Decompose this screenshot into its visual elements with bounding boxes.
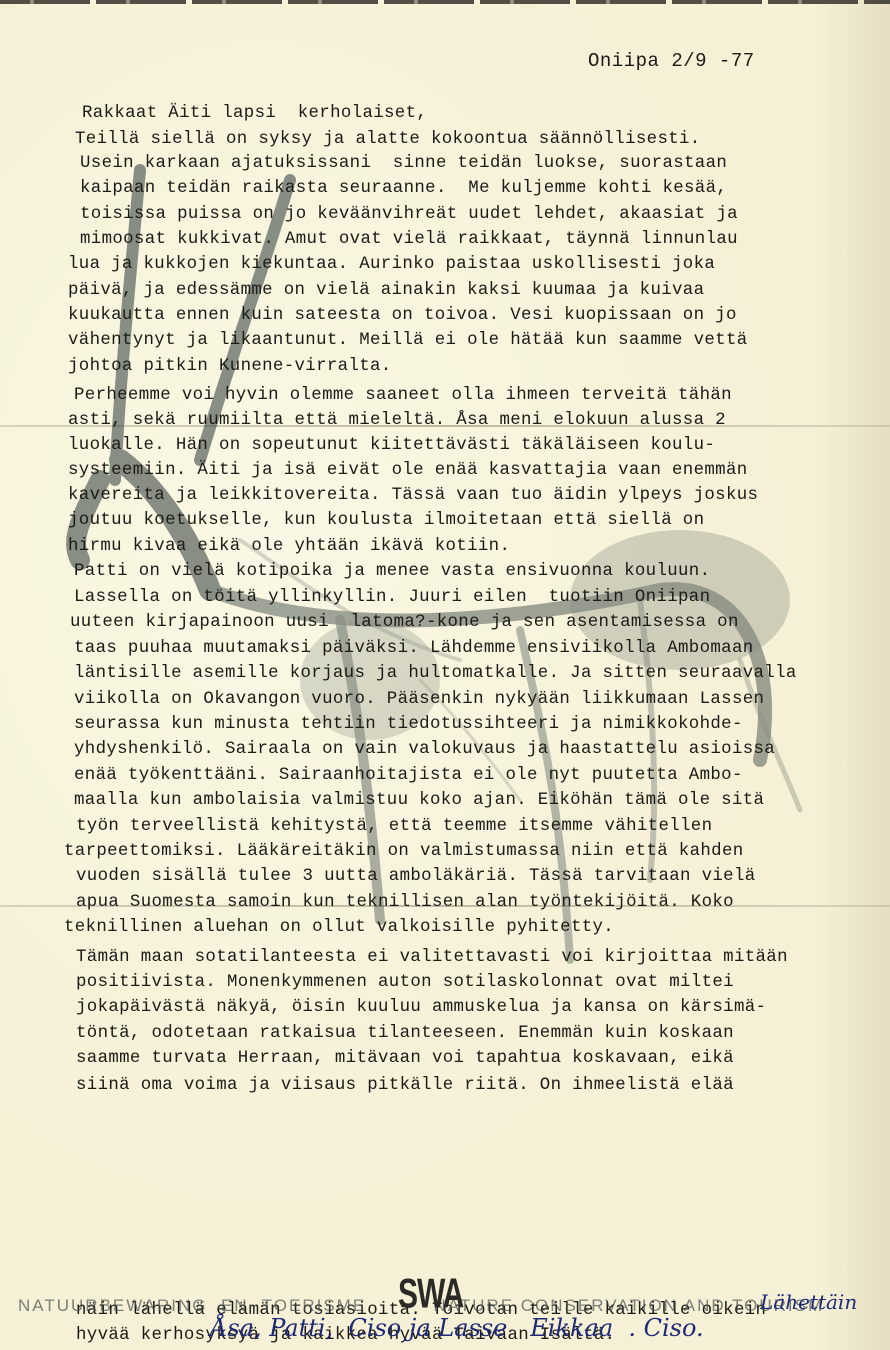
letter-line: jokapäivästä näkyä, öisin kuuluu ammuske…: [76, 998, 766, 1018]
letter-line: Patti on vielä kotipoika ja menee vasta …: [74, 562, 710, 582]
letter-line: enää työkenttääni. Sairaanhoitajista ei …: [74, 766, 743, 786]
letter-line: uuteen kirjapainoon uusi latoma?-kone ja…: [70, 613, 739, 633]
letter-line: kavereita ja leikkitovereita. Tässä vaan…: [68, 486, 758, 506]
letter-line: maalla kun ambolaisia valmistuu koko aja…: [74, 791, 764, 811]
torn-top-edge: [0, 0, 890, 4]
letter-line: Usein karkaan ajatuksissani sinne teidän…: [80, 154, 727, 174]
letter-line: systeemiin. Äiti ja isä eivät ole enää k…: [68, 461, 748, 481]
letter-line: Perheemme voi hyvin olemme saaneet olla …: [74, 386, 732, 406]
letter-line: tarpeettomiksi. Lääkäreitäkin on valmist…: [64, 842, 744, 862]
letter-line: seurassa kun minusta tehtiin tiedotussih…: [74, 715, 743, 735]
letter-line: Tämän maan sotatilanteesta ei valitettav…: [76, 948, 788, 968]
swa-stamp: SWA: [398, 1271, 463, 1319]
letter-line: saamme turvata Herraan, mitävaan voi tap…: [76, 1049, 734, 1069]
letter-line: läntisille asemille korjaus ja hultomatk…: [74, 664, 797, 684]
letter-line: apua Suomesta samoin kun teknillisen ala…: [76, 893, 734, 913]
letter-line: viikolla on Okavangon vuoro. Pääsenkin n…: [74, 690, 764, 710]
letter-line: kaipaan teidän raikasta seuraanne. Me ku…: [80, 179, 727, 199]
letter-line: päivä, ja edessämme on vielä ainakin kak…: [68, 281, 704, 301]
letter-line: johtoa pitkin Kunene-virralta.: [68, 357, 392, 377]
letter-line: teknillinen aluehan on ollut valkoisille…: [64, 918, 614, 938]
letter-line: vuoden sisällä tulee 3 uutta amboläkäriä…: [76, 867, 756, 887]
letter-line: töntä, odotetaan ratkaisua tilanteeseen.…: [76, 1024, 734, 1044]
letter-line: työn terveellistä kehitystä, että teemme…: [76, 817, 712, 837]
letter-date: Oniipa 2/9 -77: [588, 50, 755, 72]
letter-salutation: Rakkaat Äiti lapsi kerholaiset,: [82, 104, 427, 124]
handwritten-signature: Åsa, Patti, Ciso ja Lasse Eikkaa . Ciso.: [210, 1314, 704, 1342]
letter-line: toisissa puissa on jo keväänvihreät uude…: [80, 205, 738, 225]
letter-line: Teillä siellä on syksy ja alatte kokoont…: [75, 130, 701, 150]
letter-line: kuukautta ennen kuin sateesta on toivoa.…: [68, 306, 737, 326]
letter-line: hirmu kivaa eikä ole yhtään ikävä kotiin…: [68, 537, 510, 557]
letter-line: joutuu koetukselle, kun koulusta ilmoite…: [68, 511, 704, 531]
letter-line: positiivista. Monenkymmenen auton sotila…: [76, 973, 734, 993]
letter-line: siinä oma voima ja viisaus pitkälle riit…: [76, 1076, 734, 1096]
letter-line: asti, sekä ruumiilta että mieleltä. Åsa …: [68, 411, 726, 431]
letter-line: mimoosat kukkivat. Amut ovat vielä raikk…: [80, 230, 738, 250]
handwritten-note: Lähettäin: [760, 1290, 857, 1314]
letter-line: Lassella on töitä yllinkyllin. Juuri eil…: [74, 588, 710, 608]
letter-line: luokalle. Hän on sopeutunut kiitettäväst…: [68, 436, 715, 456]
letter-line: lua ja kukkojen kiekuntaa. Aurinko paist…: [68, 255, 715, 275]
letter-line: taas puuhaa muutamaksi päiväksi. Lähdemm…: [74, 639, 754, 659]
letter-line: yhdyshenkilö. Sairaala on vain valokuvau…: [74, 740, 775, 760]
letter-line: vähentynyt ja likaantunut. Meillä ei ole…: [68, 331, 748, 351]
